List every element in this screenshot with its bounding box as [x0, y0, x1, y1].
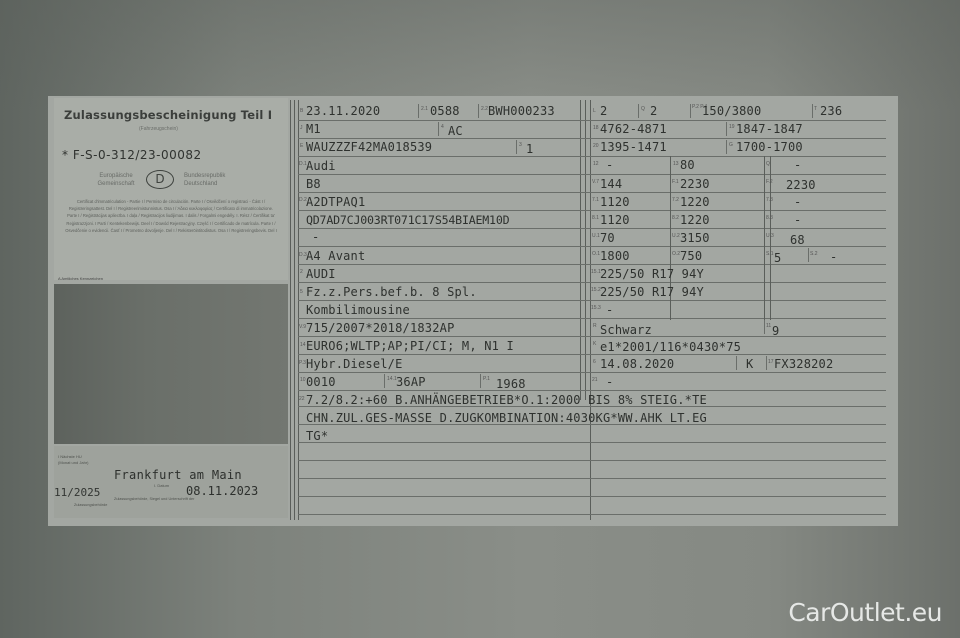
cell-border [478, 104, 479, 118]
axles: 2 [600, 104, 607, 118]
permitted-axle-load-1: 1120 [600, 213, 630, 227]
field-code: 3 [519, 142, 522, 148]
permitted-axle-load-3: - [794, 213, 801, 227]
field-code: Q [641, 106, 645, 112]
ec-type-approval: e1*2001/116*0430*75 [600, 340, 741, 354]
color-code: 9 [772, 324, 779, 338]
first-registration: 23.11.2020 [306, 104, 380, 118]
field-code: 7.2 [672, 197, 679, 203]
emission-key: 36AP [396, 375, 426, 389]
height: 1395-1471 [600, 140, 667, 154]
fuel-code: 0010 [306, 375, 336, 389]
field-code: G [729, 142, 733, 148]
field-code: 8.1 [592, 215, 599, 221]
trailer-load-braked: 1800 [600, 249, 630, 263]
cell-border [418, 104, 419, 118]
document-number: * F-S-0-312/23-00082 [62, 148, 202, 162]
noise-driving: 68 [790, 233, 805, 247]
vin: WAUZZZF42MA018539 [306, 140, 432, 154]
grid-divider [585, 100, 586, 400]
vin-check-digit: 1 [526, 142, 533, 156]
tyres-axle-2: 225/50 R17 94Y [600, 285, 704, 299]
cell-border [516, 140, 517, 154]
field-q-value: - [794, 158, 801, 172]
multilingual-title-block: Certificat d'immatriculation - Partie I … [64, 198, 278, 234]
document-header: Zulassungsbescheinigung Teil I (Fahrzeug… [54, 98, 288, 280]
cell-border [690, 104, 691, 118]
field-code: E [300, 143, 303, 149]
row-line [298, 460, 886, 461]
tyres-axle-1: 225/50 R17 94Y [600, 267, 704, 281]
noise-stationary: 70 [600, 231, 615, 245]
field-code: T [814, 106, 817, 112]
next-inspection-label: I Nächste HU [58, 454, 82, 459]
field-code: U.2 [672, 233, 680, 239]
certificate-number: FX328202 [774, 357, 833, 371]
noise-rpm: 3150 [680, 231, 710, 245]
tank: - [606, 158, 613, 172]
field-code: R [593, 323, 597, 329]
field-code: U.3 [766, 233, 774, 239]
field-code: O.1 [592, 251, 600, 257]
document-subtitle: (Fahrzeugschein) [139, 126, 178, 132]
vehicle-class: M1 [306, 122, 321, 136]
document-title: Zulassungsbescheinigung Teil I [64, 108, 272, 122]
row-line [298, 300, 886, 301]
cell-border [764, 320, 765, 334]
row-line [298, 478, 886, 479]
carOutlet-watermark: CarOutlet.eu [788, 598, 942, 627]
row-line [298, 318, 886, 319]
empty-mass: 1700-1700 [736, 140, 803, 154]
co2: 144 [600, 177, 622, 191]
cell-border [726, 122, 727, 136]
row-line [298, 282, 886, 283]
eu-label: Europäische Gemeinschaft [92, 172, 140, 188]
approval-date: 14.08.2020 [600, 357, 674, 371]
body-description: Kombilimousine [306, 303, 410, 317]
field-code: 11 [766, 323, 771, 329]
color: Schwarz [600, 323, 652, 337]
field-code: 10 [300, 377, 306, 383]
field-code: 7.3 [766, 197, 773, 203]
row-line [298, 120, 886, 121]
stamp-label-2: Zulassungsbehörde [74, 503, 107, 507]
field-code: 6 [593, 359, 596, 365]
field-code: 20 [593, 143, 599, 149]
next-inspection-date: 11/2025 [54, 486, 100, 499]
type: B8 [306, 177, 321, 191]
cell-border [726, 140, 727, 154]
field-21-value: - [606, 375, 613, 389]
row-line [298, 156, 886, 157]
variant: A2DTPAQ1 [306, 195, 365, 209]
trade-name: A4 Avant [306, 249, 365, 263]
max-mass-f2: 2230 [786, 178, 816, 192]
country-oval-icon: D [146, 170, 174, 189]
field-code: 7.1 [592, 197, 599, 203]
field-code: 5 [300, 289, 303, 295]
cell-border [766, 356, 767, 370]
field-code: V.7 [592, 179, 599, 185]
field-code: V.9 [299, 324, 306, 330]
row-line [298, 174, 886, 175]
field-code: 4 [441, 124, 444, 130]
field-code: 21 [592, 377, 598, 383]
field-code: 8.3 [766, 215, 773, 221]
tank-volume: 80 [680, 158, 695, 172]
body-code: AC [448, 124, 463, 138]
manufacturer: AUDI [306, 267, 336, 281]
version: QD7AD7CJ003RT071C17S54BIAEM10D [306, 213, 509, 227]
max-mass-f1: 2230 [680, 177, 710, 191]
redacted-area [54, 284, 288, 444]
field-code: S.2 [810, 251, 818, 257]
axle-load-3: - [794, 195, 801, 209]
field-code: S.1 [766, 251, 774, 257]
field-code: 22 [299, 396, 305, 402]
field-code: F.2 [766, 179, 773, 185]
version-extra: - [312, 230, 319, 244]
row-line [298, 138, 886, 139]
top-speed: 236 [820, 104, 842, 118]
data-grid: B 23.11.2020 2.1 0588 2.2 BWH000233 J M1… [290, 100, 896, 520]
cell-border [638, 104, 639, 118]
field-code: K [593, 341, 596, 347]
cell-border [384, 374, 385, 388]
permitted-axle-load-2: 1220 [680, 213, 710, 227]
row-line [298, 264, 886, 265]
date-label: I. Datum [154, 483, 169, 488]
row-line [298, 228, 886, 229]
field-code: P.1 [483, 376, 490, 382]
field-code: O.2 [672, 251, 680, 257]
standing-places: - [830, 250, 837, 264]
plate-label: A Amtliches Kennzeichen [58, 276, 103, 281]
field-code: 12 [593, 161, 599, 167]
grid-divider [764, 156, 765, 320]
issue-date: 08.11.2023 [186, 484, 258, 498]
field-code: B [300, 108, 303, 114]
field-code: 2 [300, 269, 303, 275]
axle-load-1: 1120 [600, 195, 630, 209]
row-line [298, 192, 886, 193]
cell-border [812, 104, 813, 118]
grid-divider [580, 100, 581, 400]
cell-border [808, 248, 809, 262]
width: 1847-1847 [736, 122, 803, 136]
drive-axles: 2 [650, 104, 657, 118]
remarks-line-1: 7.2/8.2:+60 B.ANHÄNGEBETRIEB*O.1:2000 BI… [306, 393, 707, 407]
manufacturer-key: 0588 [430, 104, 460, 118]
field-code: 18 [593, 125, 599, 131]
displacement: 1968 [496, 377, 526, 391]
field-code: Q [766, 161, 770, 167]
row-line [298, 496, 886, 497]
type-key: BWH000233 [488, 104, 555, 118]
remarks-line-2: CHN.ZUL.GES-MASSE D.ZUGKOMBINATION:4030K… [306, 411, 707, 425]
grid-divider [290, 100, 291, 520]
field-code: J [300, 125, 303, 131]
seats: 5 [774, 251, 781, 265]
country-label: Bundesrepublik Deutschland [184, 172, 244, 188]
cell-border [736, 356, 737, 370]
remarks-line-3: TG* [306, 429, 328, 443]
axle-load-2: 1220 [680, 195, 710, 209]
row-line [298, 336, 886, 337]
field-code: 19 [729, 124, 735, 130]
row-line [298, 210, 886, 211]
field-code: P.3 [299, 360, 306, 366]
row-line [298, 372, 886, 373]
left-panel: Zulassungsbescheinigung Teil I (Fahrzeug… [54, 98, 288, 518]
row-line [298, 390, 886, 391]
field-code: 2.2 [481, 106, 488, 112]
cell-border [438, 122, 439, 136]
grid-divider [294, 100, 295, 520]
field-code: 14 [300, 342, 306, 348]
tyres-axle-3: - [606, 303, 613, 317]
emission-regulation: 715/2007*2018/1832AP [306, 321, 455, 335]
vehicle-type-description: Fz.z.Pers.bef.b. 8 Spl. [306, 285, 477, 299]
trailer-load-unbraked: 750 [680, 249, 702, 263]
field-code: 17 [768, 359, 774, 365]
row-line [298, 442, 886, 443]
field-code: L [593, 108, 596, 114]
row-line [298, 514, 886, 515]
field-code: F.1 [672, 179, 679, 185]
stamp-label: Zulassungsbehörde, Siegel und Unterschri… [114, 497, 194, 501]
row-line [298, 354, 886, 355]
emission-class: EURO6;WLTP;AP;PI/CI; M, N1 I [306, 339, 514, 353]
make: Audi [306, 159, 336, 173]
month-year-label: (Monat und Jahr) [58, 460, 88, 465]
cell-border [480, 374, 481, 388]
issuer-block: I Nächste HU (Monat und Jahr) Frankfurt … [54, 446, 288, 518]
field-code: U.1 [592, 233, 600, 239]
field-code: 13 [673, 161, 679, 167]
fuel-type: Hybr.Diesel/E [306, 357, 403, 371]
background-shadow [0, 0, 960, 110]
length: 4762-4871 [600, 122, 667, 136]
field-code: 15.3 [591, 305, 601, 311]
field-code: 8.2 [672, 215, 679, 221]
field-code: 2.1 [421, 106, 428, 112]
k-label: K [746, 357, 753, 371]
issuing-office: Frankfurt am Main [114, 468, 242, 482]
power-rpm: 150/3800 [702, 104, 761, 118]
